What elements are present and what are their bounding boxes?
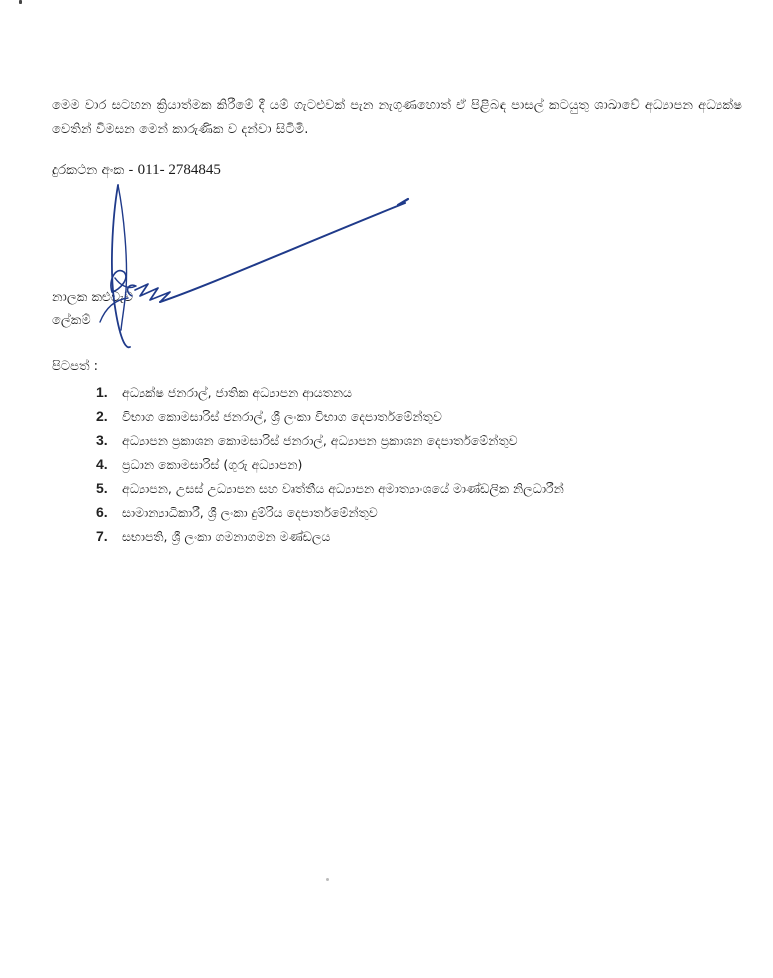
document-page: මෙම වාර සටහන ක්‍රියාත්මක කිරීමේ දී යම් ග… [0,0,773,978]
copy-recipient: 4.ප්‍රධාන කොමසාරිස් (ගුරු අධ්‍යාපන) [96,452,564,476]
copies-list: 1.අධ්‍යක්ෂ ජනරාල්, ජාතික අධ්‍යාපන ආයතනය … [96,380,564,548]
copy-recipient: 1.අධ්‍යක්ෂ ජනරාල්, ජාතික අධ්‍යාපන ආයතනය [96,380,564,404]
copy-recipient: 7.සභාපති, ශ්‍රී ලංකා ගමනාගමන මණ්ඩලය [96,524,564,548]
copy-recipient: 3.අධ්‍යාපන ප්‍රකාශන කොමසාරිස් ජනරාල්, අධ… [96,428,564,452]
phone-line: දුරකථන අංක - 011- 2784845 [52,160,221,180]
scan-mark [19,0,22,4]
signatory-name: නාලක කළුවැව [52,288,133,308]
phone-label: දුරකථන අංක - [52,162,138,178]
copy-recipient: 2.විභාග කොමසාරිස් ජනරාල්, ශ්‍රී ලංකා විභ… [96,404,564,428]
copy-recipient: 6.සාමාන්‍යාධිකාරී, ශ්‍රී ලංකා දුම්රිය දෙ… [96,500,564,524]
phone-number: 011- 2784845 [138,162,221,178]
copy-recipient: 5.අධ්‍යාපන, උසස් උධ්‍යාපන සහ වෘත්තීය අධ්… [96,476,564,500]
scan-speck [326,878,329,881]
copies-heading: පිටපත් : [52,357,98,377]
body-paragraph: මෙම වාර සටහන ක්‍රියාත්මක කිරීමේ දී යම් ග… [52,94,742,142]
signatory-title: ලේකම් [52,311,91,331]
